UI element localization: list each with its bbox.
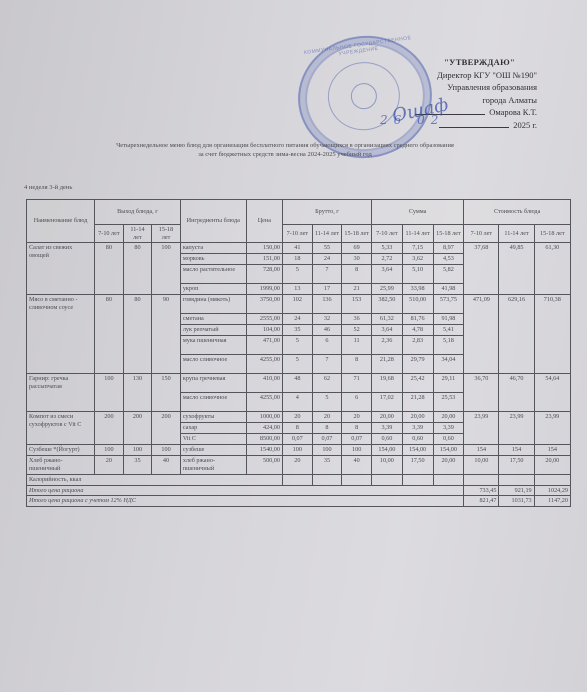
ingredient-sum: 3,39 — [402, 423, 433, 434]
ingredient-gross: 20 — [342, 412, 372, 423]
dish-yield: 100 — [95, 374, 124, 412]
ingredient-name: сахар — [180, 423, 246, 434]
ingredient-name: крупа гречневая — [180, 374, 246, 393]
ingredient-sum: 21,28 — [402, 393, 433, 412]
totals-value: 1147,20 — [534, 496, 570, 507]
dish-cost: 629,16 — [499, 295, 534, 374]
ingredient-name: хлеб ржано-пшеничный — [180, 456, 246, 475]
ingredient-name: лук репчатый — [180, 325, 246, 336]
ingredient-sum: 5,82 — [433, 265, 464, 284]
ingredient-gross: 35 — [312, 456, 342, 475]
document-heading: Четырехнедельное меню блюд для организац… — [60, 141, 510, 159]
ingredient-name: сузбеше — [180, 445, 246, 456]
ingredient-name: Vit C — [180, 434, 246, 445]
ingredient-sum: 154,00 — [433, 445, 464, 456]
ingredient-gross: 136 — [312, 295, 342, 314]
dish-yield: 80 — [123, 243, 152, 295]
ingredient-sum: 7,15 — [402, 243, 433, 254]
dish-cost: 54,64 — [534, 374, 570, 412]
header-dish-name: Наименование блюд — [27, 200, 95, 243]
handwritten-date: 26 02 — [380, 113, 444, 127]
dish-yield: 130 — [123, 374, 152, 412]
dish-yield: 35 — [123, 456, 152, 475]
table-row: Сузбеше *(Йогурт)100100100сузбеше1540,00… — [27, 445, 571, 456]
ingredient-name: масло сливочное — [180, 393, 246, 412]
ingredient-gross: 8 — [282, 423, 312, 434]
ingredient-price: 1540,00 — [246, 445, 282, 456]
ingredient-sum: 3,62 — [402, 254, 433, 265]
ingredient-sum: 0,60 — [433, 434, 464, 445]
dish-cost: 61,30 — [534, 243, 570, 295]
dish-name: Компот из смеси сухофруктов с Vit C — [27, 412, 95, 445]
table-row: Компот из смеси сухофруктов с Vit C20020… — [27, 412, 571, 423]
calories-cell — [282, 475, 312, 486]
ingredient-sum: 10,00 — [371, 456, 402, 475]
ingredient-sum: 3,64 — [371, 325, 402, 336]
ingredient-sum: 573,75 — [433, 295, 464, 314]
ingredient-gross: 24 — [282, 314, 312, 325]
approval-line-3: города Алматы — [367, 94, 537, 107]
ingredient-name: масло сливочное — [180, 355, 246, 374]
ingredient-sum: 5,33 — [371, 243, 402, 254]
ingredient-gross: 0,07 — [312, 434, 342, 445]
dish-yield: 80 — [95, 243, 124, 295]
dish-name: Салат из свежих овощей — [27, 243, 95, 295]
totals-value: 1024,29 — [534, 485, 570, 496]
ingredient-gross: 21 — [342, 284, 372, 295]
calories-cell — [342, 475, 372, 486]
dish-yield: 80 — [123, 295, 152, 374]
ingredient-price: 471,00 — [246, 336, 282, 355]
ingredient-sum: 0,60 — [371, 434, 402, 445]
ingredient-gross: 5 — [312, 393, 342, 412]
ingredient-sum: 382,50 — [371, 295, 402, 314]
ingredient-price: 8500,00 — [246, 434, 282, 445]
dish-yield: 200 — [95, 412, 124, 445]
ingredient-sum: 41,98 — [433, 284, 464, 295]
ingredient-gross: 36 — [342, 314, 372, 325]
ingredient-sum: 20,00 — [371, 412, 402, 423]
ingredient-gross: 41 — [282, 243, 312, 254]
dish-cost: 10,00 — [464, 456, 499, 475]
ingredient-sum: 3,39 — [371, 423, 402, 434]
ingredient-sum: 61,32 — [371, 314, 402, 325]
totals-value: 821,47 — [464, 496, 499, 507]
ingredient-gross: 13 — [282, 284, 312, 295]
ingredient-price: 3750,00 — [246, 295, 282, 314]
ingredient-sum: 81,76 — [402, 314, 433, 325]
ingredient-gross: 71 — [342, 374, 372, 393]
ingredient-sum: 2,72 — [371, 254, 402, 265]
ingredient-sum: 17,50 — [402, 456, 433, 475]
calories-cell — [464, 475, 499, 486]
header-age-yield-0: 7-10 лет — [95, 225, 124, 243]
ingredient-gross: 5 — [282, 265, 312, 284]
ingredient-sum: 25,53 — [433, 393, 464, 412]
ingredient-gross: 62 — [312, 374, 342, 393]
header-age-cost-0: 7-10 лет — [464, 225, 499, 243]
header-price: Цена — [246, 200, 282, 243]
dish-yield: 40 — [152, 456, 181, 475]
ingredient-name: сметана — [180, 314, 246, 325]
ingredient-sum: 25,99 — [371, 284, 402, 295]
dish-cost: 17,50 — [499, 456, 534, 475]
ingredient-sum: 20,00 — [433, 412, 464, 423]
ingredient-gross: 153 — [342, 295, 372, 314]
age-group-header-row: 7-10 лет11-14 лет15-18 лет7-10 лет11-14 … — [27, 225, 571, 243]
dish-yield: 150 — [152, 374, 181, 412]
approval-line-1: Директор КГУ "ОШ №190" — [367, 69, 537, 82]
ingredient-sum: 5,10 — [402, 265, 433, 284]
ingredient-gross: 24 — [312, 254, 342, 265]
ingredient-price: 1999,00 — [246, 284, 282, 295]
ingredient-sum: 3,39 — [433, 423, 464, 434]
header-ingredients: Ингредиенты блюда — [180, 200, 246, 243]
calories-cell — [402, 475, 433, 486]
ingredient-name: сухофрукты — [180, 412, 246, 423]
ingredient-gross: 20 — [312, 412, 342, 423]
header-age-gross-2: 15-18 лет — [342, 225, 372, 243]
dish-cost: 36,70 — [464, 374, 499, 412]
totals-row: Итого цена рациона с учетом 12% НДС821,4… — [27, 496, 571, 507]
dish-name: Гарнир: гречка рассыпчатая — [27, 374, 95, 412]
ingredient-sum: 29,79 — [402, 355, 433, 374]
ingredient-gross: 5 — [282, 336, 312, 355]
ingredient-sum: 4,53 — [433, 254, 464, 265]
ingredient-gross: 100 — [342, 445, 372, 456]
dish-name: Хлеб ржано-пшеничный — [27, 456, 95, 475]
ingredient-gross: 0,07 — [282, 434, 312, 445]
totals-label: Итого цена рациона с учетом 12% НДС — [27, 496, 464, 507]
dish-cost: 46,70 — [499, 374, 534, 412]
ingredient-sum: 20,00 — [433, 456, 464, 475]
dish-yield: 90 — [152, 295, 181, 374]
ingredient-gross: 7 — [312, 265, 342, 284]
header-age-gross-0: 7-10 лет — [282, 225, 312, 243]
ingredient-sum: 20,00 — [402, 412, 433, 423]
dish-yield: 20 — [95, 456, 124, 475]
ingredient-gross: 55 — [312, 243, 342, 254]
totals-row: Итого цена рациона733,45921,191024,29 — [27, 485, 571, 496]
dish-cost: 49,85 — [499, 243, 534, 295]
heading-line-1: Четырехнедельное меню блюд для организац… — [60, 141, 510, 150]
ingredient-price: 410,00 — [246, 374, 282, 393]
ingredient-sum: 91,98 — [433, 314, 464, 325]
ingredient-gross: 5 — [282, 355, 312, 374]
header-age-cost-2: 15-18 лет — [534, 225, 570, 243]
ingredient-price: 104,00 — [246, 325, 282, 336]
ingredient-sum: 5,41 — [433, 325, 464, 336]
ingredient-sum: 29,11 — [433, 374, 464, 393]
ingredient-gross: 52 — [342, 325, 372, 336]
calories-label: Калорийность, ккал — [27, 475, 283, 486]
ingredient-sum: 17,02 — [371, 393, 402, 412]
dish-cost: 23,99 — [499, 412, 534, 445]
ingredient-price: 728,00 — [246, 265, 282, 284]
ingredient-sum: 4,78 — [402, 325, 433, 336]
ingredient-name: мука пшеничная — [180, 336, 246, 355]
ingredient-gross: 18 — [282, 254, 312, 265]
ingredient-name: масло растительное — [180, 265, 246, 284]
ingredient-gross: 6 — [312, 336, 342, 355]
ingredient-sum: 33,98 — [402, 284, 433, 295]
dish-cost: 154 — [534, 445, 570, 456]
ingredient-price: 4255,00 — [246, 393, 282, 412]
approval-signatory: Омарова К.Т. — [489, 107, 537, 117]
header-age-sum-0: 7-10 лет — [371, 225, 402, 243]
ingredient-gross: 17 — [312, 284, 342, 295]
ingredient-sum: 8,97 — [433, 243, 464, 254]
header-age-gross-1: 11-14 лет — [312, 225, 342, 243]
week-day-label: 4 неделя 3-й день — [24, 184, 72, 191]
table-row: Салат из свежих овощей8080100капуста150,… — [27, 243, 571, 254]
menu-body: Салат из свежих овощей8080100капуста150,… — [27, 243, 571, 507]
header-sum: Сумма — [371, 200, 463, 225]
calories-cell — [499, 475, 534, 486]
ingredient-name: говядина (мякоть) — [180, 295, 246, 314]
ingredient-price: 1000,00 — [246, 412, 282, 423]
ingredient-sum: 3,64 — [371, 265, 402, 284]
calories-row: Калорийность, ккал — [27, 475, 571, 486]
dish-cost: 154 — [464, 445, 499, 456]
ingredient-price: 151,00 — [246, 254, 282, 265]
ingredient-name: капуста — [180, 243, 246, 254]
ingredient-gross: 40 — [342, 456, 372, 475]
ingredient-name: морковь — [180, 254, 246, 265]
dish-cost: 23,99 — [534, 412, 570, 445]
dish-yield: 100 — [152, 445, 181, 456]
calories-cell — [433, 475, 464, 486]
ingredient-price: 500,00 — [246, 456, 282, 475]
ingredient-gross: 100 — [312, 445, 342, 456]
calories-cell — [371, 475, 402, 486]
ingredient-gross: 32 — [312, 314, 342, 325]
heading-line-2: за счет бюджетных средств зима-весна 202… — [60, 150, 510, 159]
ingredient-gross: 11 — [342, 336, 372, 355]
dish-yield: 100 — [152, 243, 181, 295]
ingredient-sum: 5,18 — [433, 336, 464, 355]
header-yield: Выход блюда, г — [95, 200, 181, 225]
ingredient-sum: 34,04 — [433, 355, 464, 374]
table-row: Хлеб ржано-пшеничный203540хлеб ржано-пше… — [27, 456, 571, 475]
ingredient-gross: 7 — [312, 355, 342, 374]
totals-value: 1031,73 — [499, 496, 534, 507]
ingredient-gross: 69 — [342, 243, 372, 254]
dish-yield: 80 — [95, 295, 124, 374]
approval-title: "УТВЕРЖДАЮ" — [367, 56, 537, 69]
dish-name: Мясо в сметанно - сливочном соусе — [27, 295, 95, 374]
ingredient-price: 150,00 — [246, 243, 282, 254]
ingredient-sum: 154,00 — [371, 445, 402, 456]
header-gross: Брутто, г — [282, 200, 371, 225]
dish-yield: 200 — [152, 412, 181, 445]
dish-cost: 37,68 — [464, 243, 499, 295]
dish-yield: 100 — [95, 445, 124, 456]
dish-cost: 471,09 — [464, 295, 499, 374]
ingredient-gross: 20 — [282, 456, 312, 475]
dish-yield: 200 — [123, 412, 152, 445]
ingredient-gross: 20 — [282, 412, 312, 423]
ingredient-gross: 46 — [312, 325, 342, 336]
table-row: Гарнир: гречка рассыпчатая100130150крупа… — [27, 374, 571, 393]
ingredient-gross: 8 — [312, 423, 342, 434]
ingredient-name: укроп — [180, 284, 246, 295]
ingredient-gross: 0,07 — [342, 434, 372, 445]
dish-yield: 100 — [123, 445, 152, 456]
date-line — [439, 127, 509, 128]
calories-cell — [534, 475, 570, 486]
ingredient-gross: 8 — [342, 355, 372, 374]
ingredient-gross: 6 — [342, 393, 372, 412]
approval-line-2: Управления образования — [367, 81, 537, 94]
ingredient-sum: 0,60 — [402, 434, 433, 445]
header-age-cost-1: 11-14 лет — [499, 225, 534, 243]
ingredient-gross: 8 — [342, 265, 372, 284]
calories-cell — [312, 475, 342, 486]
ingredient-gross: 8 — [342, 423, 372, 434]
ingredient-price: 2555,00 — [246, 314, 282, 325]
approval-date: 2025 г. — [513, 120, 537, 130]
ingredient-gross: 100 — [282, 445, 312, 456]
ingredient-sum: 154,00 — [402, 445, 433, 456]
ingredient-gross: 4 — [282, 393, 312, 412]
header-age-sum-1: 11-14 лет — [402, 225, 433, 243]
ingredient-gross: 48 — [282, 374, 312, 393]
header-dish-cost: Стоимость блюда — [464, 200, 571, 225]
ingredient-sum: 19,68 — [371, 374, 402, 393]
totals-label: Итого цена рациона — [27, 485, 464, 496]
header-age-yield-2: 15-18 лет — [152, 225, 181, 243]
totals-value: 733,45 — [464, 485, 499, 496]
dish-cost: 20,00 — [534, 456, 570, 475]
ingredient-sum: 510,00 — [402, 295, 433, 314]
ingredient-gross: 35 — [282, 325, 312, 336]
ingredient-gross: 102 — [282, 295, 312, 314]
menu-table: Наименование блюд Выход блюда, г Ингреди… — [26, 199, 571, 507]
dish-cost: 710,38 — [534, 295, 570, 374]
ingredient-sum: 2,36 — [371, 336, 402, 355]
dish-name: Сузбеше *(Йогурт) — [27, 445, 95, 456]
ingredient-sum: 21,28 — [371, 355, 402, 374]
ingredient-price: 424,00 — [246, 423, 282, 434]
dish-cost: 154 — [499, 445, 534, 456]
table-row: Мясо в сметанно - сливочном соусе808090г… — [27, 295, 571, 314]
header-age-yield-1: 11-14 лет — [123, 225, 152, 243]
ingredient-sum: 25,42 — [402, 374, 433, 393]
dish-cost: 23,99 — [464, 412, 499, 445]
header-age-sum-2: 15-18 лет — [433, 225, 464, 243]
ingredient-gross: 30 — [342, 254, 372, 265]
ingredient-price: 4255,00 — [246, 355, 282, 374]
totals-value: 921,19 — [499, 485, 534, 496]
ingredient-sum: 2,83 — [402, 336, 433, 355]
